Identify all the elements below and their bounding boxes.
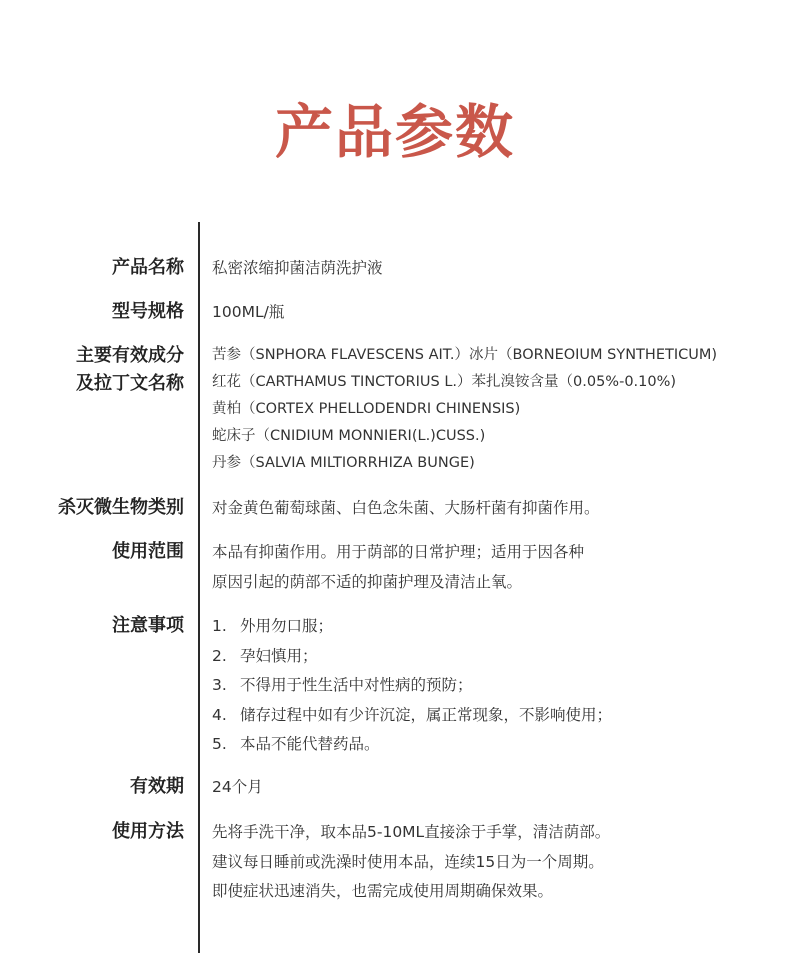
- value-line: 私密浓缩抑菌洁荫洗护液: [212, 255, 383, 282]
- value-line: 24个月: [212, 774, 263, 801]
- value-line: 丹参（SALVIA MILTIORRHIZA BUNGE): [212, 450, 717, 477]
- spec-label: 型号规格: [112, 298, 184, 326]
- value-line: 建议每日睡前或洗澡时使用本品，连续15日为一个周期。: [212, 848, 610, 878]
- spec-value: 100ML/瓶: [212, 299, 284, 326]
- list-item: 2.孕妇慎用；: [212, 642, 612, 672]
- spec-value: 苦参（SNPHORA FLAVESCENS AIT.）冰片（BORNEOIUM …: [212, 342, 717, 477]
- value-line: 苦参（SNPHORA FLAVESCENS AIT.）冰片（BORNEOIUM …: [212, 342, 717, 369]
- spec-label: 主要有效成分 及拉丁文名称: [76, 342, 184, 398]
- value-line: 先将手洗干净，取本品5-10ML直接涂于手掌，清洁荫部。: [212, 818, 610, 848]
- spec-value: 私密浓缩抑菌洁荫洗护液: [212, 255, 383, 282]
- spec-label: 有效期: [130, 773, 184, 801]
- spec-value: 本品有抑菌作用。用于荫部的日常护理；适用于因各种 原因引起的荫部不适的抑菌护理及…: [212, 538, 584, 597]
- precaution-list: 1.外用勿口服； 2.孕妇慎用； 3.不得用于性生活中对性病的预防； 4.储存过…: [212, 612, 612, 760]
- spec-label: 注意事项: [112, 612, 184, 640]
- list-item: 3.不得用于性生活中对性病的预防；: [212, 671, 612, 701]
- value-line: 本品有抑菌作用。用于荫部的日常护理；适用于因各种: [212, 538, 584, 568]
- value-line: 100ML/瓶: [212, 299, 284, 326]
- value-line: 蛇床子（CNIDIUM MONNIERI(L.)CUSS.): [212, 423, 717, 450]
- list-item: 5.本品不能代替药品。: [212, 730, 612, 760]
- value-line: 原因引起的荫部不适的抑菌护理及清洁止氧。: [212, 568, 584, 598]
- label-line: 主要有效成分: [76, 342, 184, 370]
- column-divider: [198, 222, 200, 953]
- value-line: 红花（CARTHAMUS TINCTORIUS L.）苯扎溴铵含量（0.05%-…: [212, 369, 717, 396]
- list-item: 1.外用勿口服；: [212, 612, 612, 642]
- list-item: 4.储存过程中如有少许沉淀，属正常现象，不影响使用；: [212, 701, 612, 731]
- spec-value: 24个月: [212, 774, 263, 801]
- spec-value: 先将手洗干净，取本品5-10ML直接涂于手掌，清洁荫部。 建议每日睡前或洗澡时使…: [212, 818, 610, 907]
- spec-label: 使用范围: [112, 538, 184, 566]
- spec-label: 产品名称: [112, 254, 184, 282]
- spec-label: 使用方法: [112, 818, 184, 846]
- label-line: 及拉丁文名称: [76, 370, 184, 398]
- value-line: 黄柏（CORTEX PHELLODENDRI CHINENSIS): [212, 396, 717, 423]
- value-line: 对金黄色葡萄球菌、白色念朱菌、大肠杆菌有抑菌作用。: [212, 495, 600, 522]
- page-title: 产品参数: [0, 92, 790, 172]
- value-line: 即使症状迅速消失，也需完成使用周期确保效果。: [212, 877, 610, 907]
- spec-value: 对金黄色葡萄球菌、白色念朱菌、大肠杆菌有抑菌作用。: [212, 495, 600, 522]
- spec-label: 杀灭微生物类别: [58, 494, 184, 522]
